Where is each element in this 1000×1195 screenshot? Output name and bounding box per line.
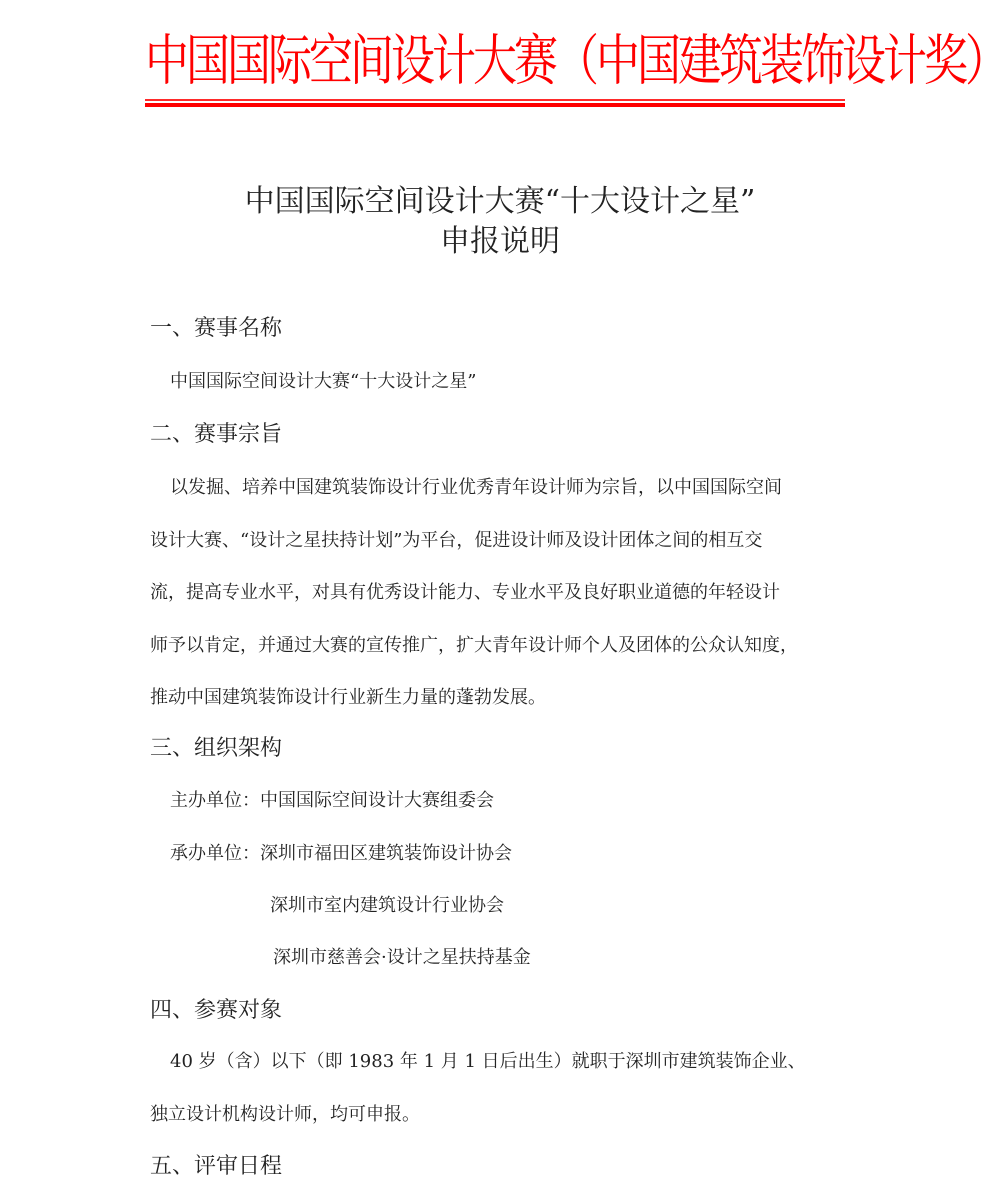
section-body-event-name: 中国国际空间设计大赛“十大设计之星” [150, 356, 860, 409]
section-heading-purpose: 二、赛事宗旨 [150, 420, 282, 450]
document-title-line2: 申报说明 [150, 222, 850, 262]
document-title: 中国国际空间设计大赛“十大设计之星” 申报说明 [150, 182, 850, 262]
section-heading-eligibility: 四、参赛对象 [150, 996, 282, 1026]
paragraph-line: 40 岁（含）以下（即 1983 年 1 月 1 日后出生）就职于深圳市建筑装饰… [150, 1036, 860, 1089]
section-heading-organization: 三、组织架构 [150, 734, 282, 764]
paragraph-line: 师予以肯定，并通过大赛的宣传推广，扩大青年设计师个人及团体的公众认知度， [150, 620, 860, 673]
section-body-purpose: 以发掘、培养中国建筑装饰设计行业优秀青年设计师为宗旨，以中国国际空间 设计大赛、… [150, 462, 860, 725]
section-heading-schedule: 五、评审日程 [150, 1152, 282, 1182]
organizer-value: 中国国际空间设计大赛组委会 [260, 790, 494, 811]
section-body-eligibility: 40 岁（含）以下（即 1983 年 1 月 1 日后出生）就职于深圳市建筑装饰… [150, 1036, 860, 1141]
letterhead-title: 中国国际空间设计大赛（中国建筑装饰设计奖）组委会 [145, 18, 845, 106]
co-organizer-row: 深圳市慈善会·设计之星扶持基金 [273, 944, 531, 972]
document-title-line1: 中国国际空间设计大赛“十大设计之星” [150, 182, 850, 222]
co-organizer-row: 深圳市室内建筑设计行业协会 [270, 892, 504, 920]
paragraph-line: 以发掘、培养中国建筑装饰设计行业优秀青年设计师为宗旨，以中国国际空间 [150, 462, 860, 515]
paragraph-line: 流，提高专业水平，对具有优秀设计能力、专业水平及良好职业道德的年轻设计 [150, 567, 860, 620]
paragraph-line: 推动中国建筑装饰设计行业新生力量的蓬勃发展。 [150, 672, 860, 725]
letterhead-rule-thin [145, 99, 845, 101]
letterhead-rule-thick [145, 103, 845, 107]
co-organizer-value: 深圳市福田区建筑装饰设计协会 [260, 843, 512, 864]
co-organizer-label: 承办单位： [170, 843, 260, 864]
co-organizer-row: 承办单位：深圳市福田区建筑装饰设计协会 [170, 840, 512, 868]
organizer-row: 主办单位：中国国际空间设计大赛组委会 [170, 787, 494, 815]
paragraph-line: 独立设计机构设计师，均可申报。 [150, 1089, 860, 1142]
paragraph-line: 中国国际空间设计大赛“十大设计之星” [150, 356, 860, 409]
organizer-label: 主办单位： [170, 790, 260, 811]
paragraph-line: 设计大赛、“设计之星扶持计划”为平台，促进设计师及设计团体之间的相互交 [150, 515, 860, 568]
section-heading-event-name: 一、赛事名称 [150, 314, 282, 344]
